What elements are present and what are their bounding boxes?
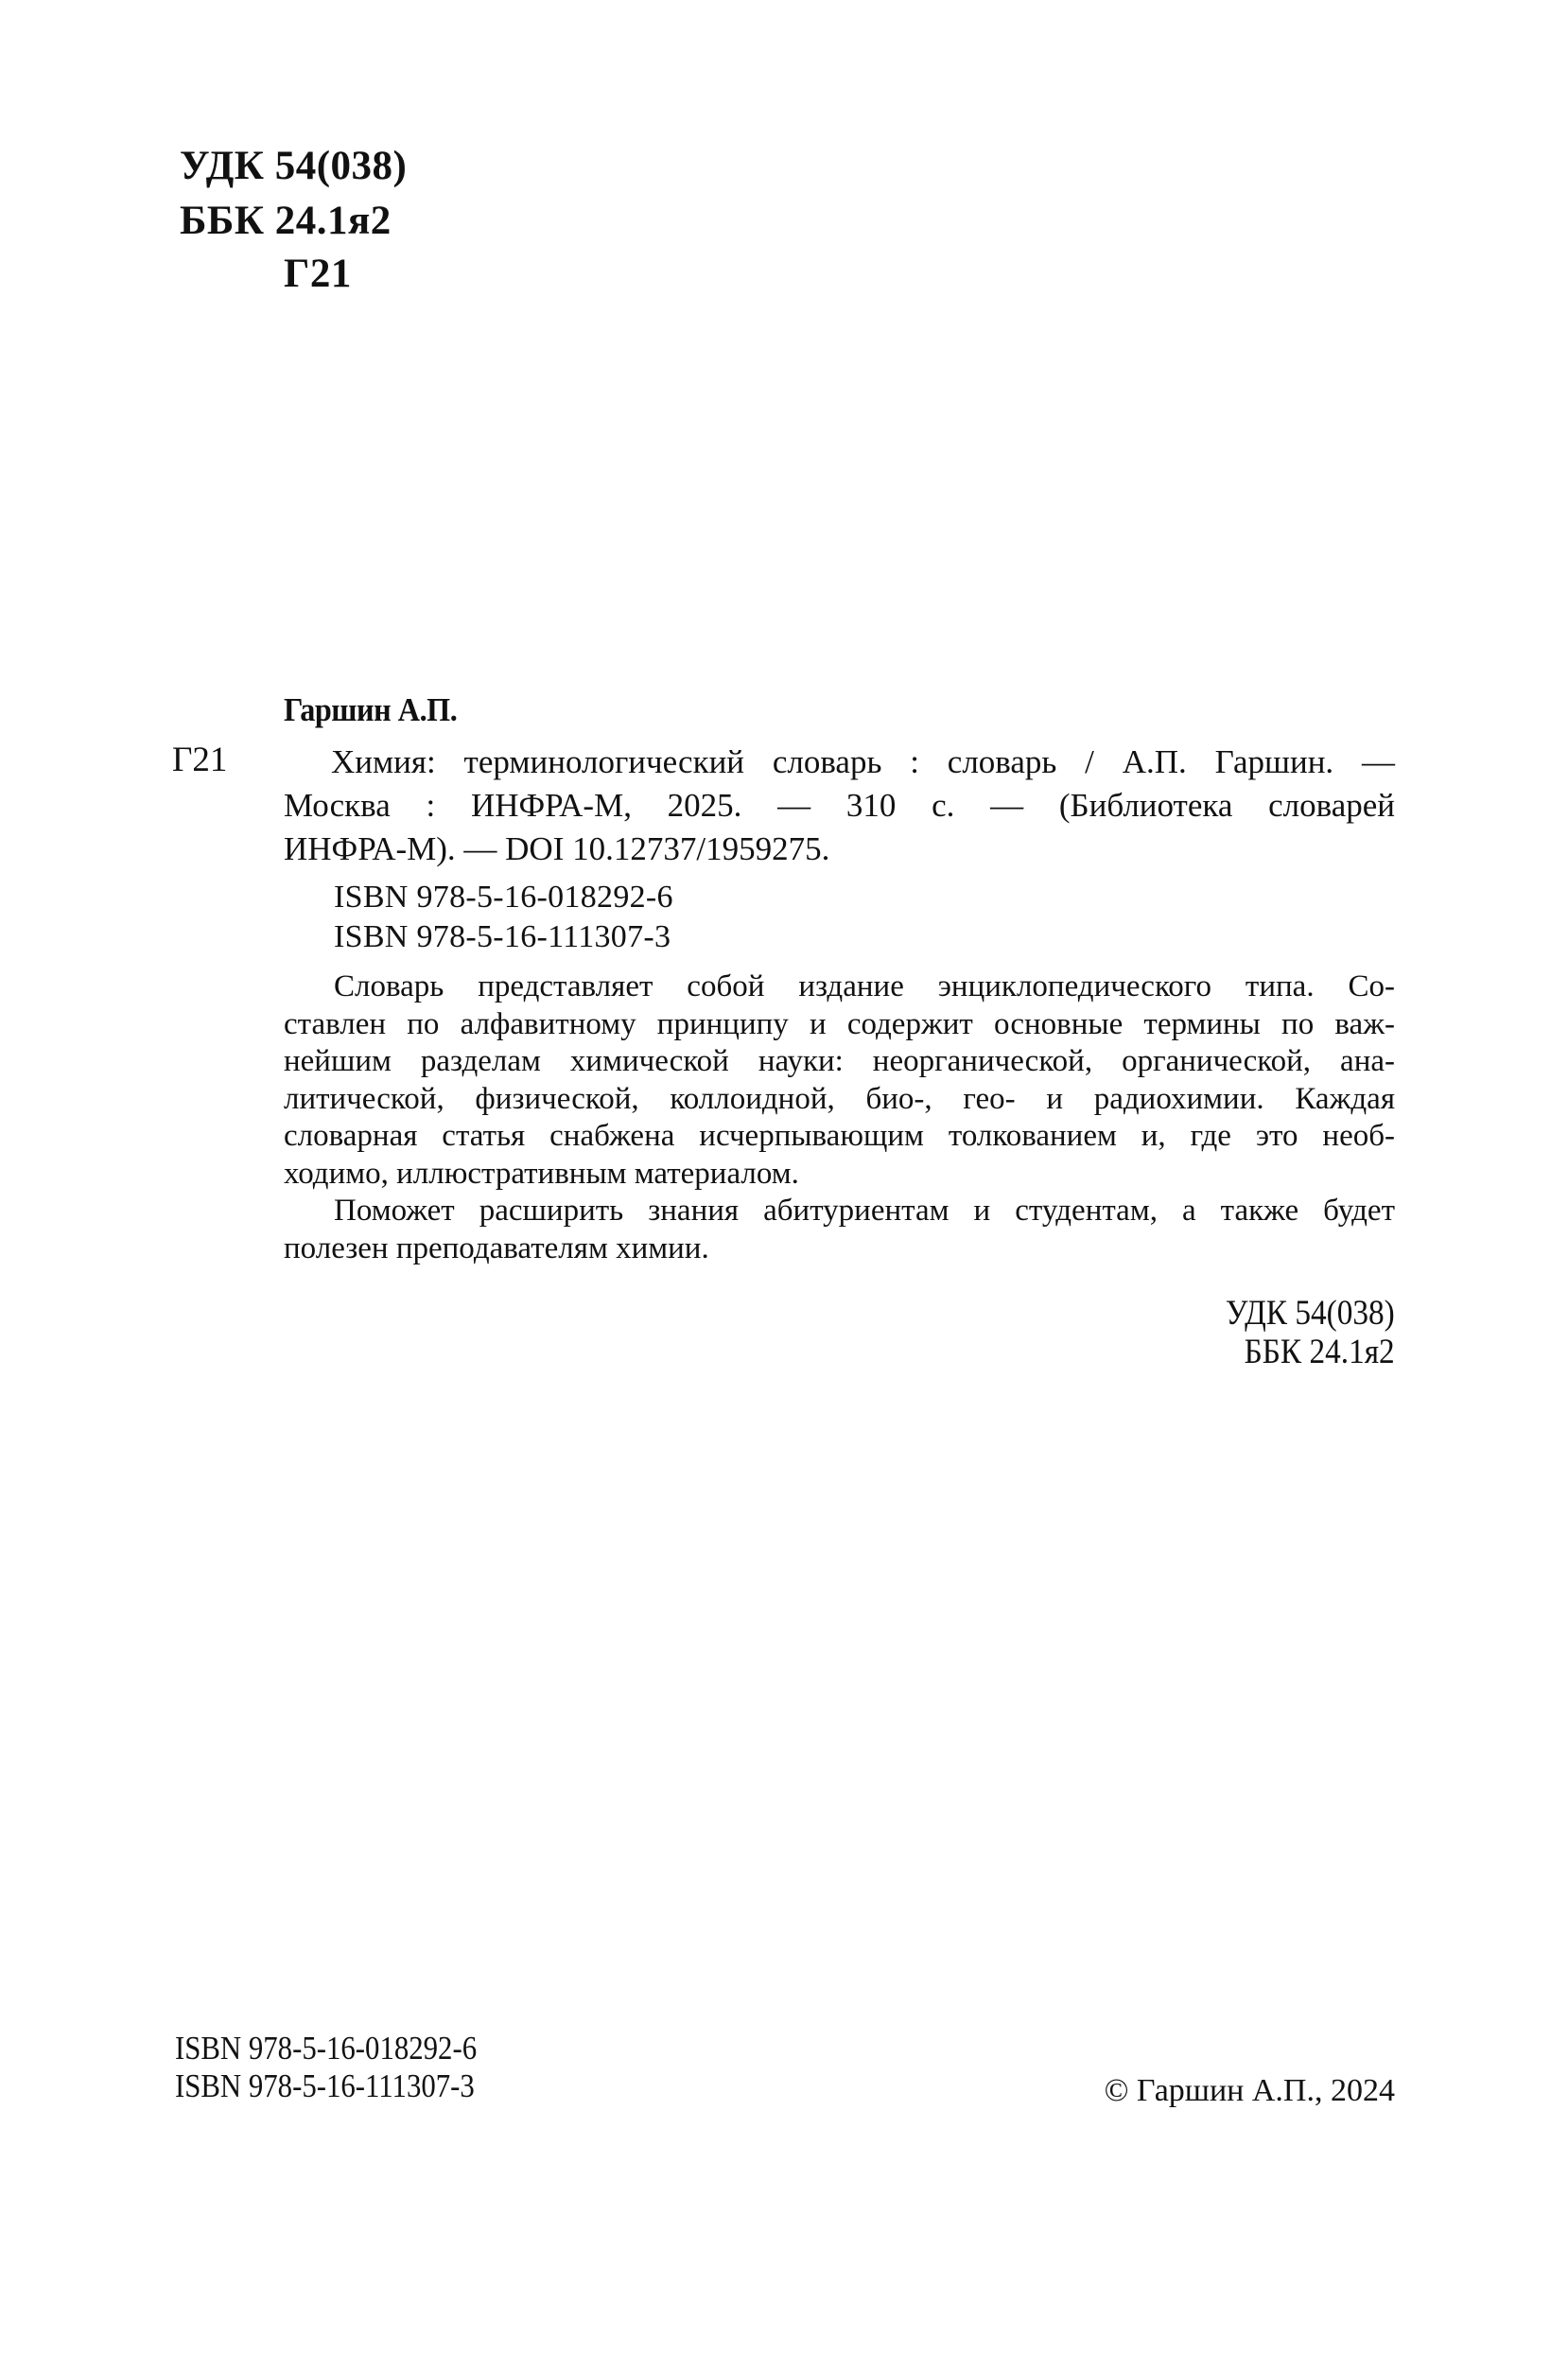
annotation-line: ставлен по алфавитному принципу и содерж… [284, 1006, 1395, 1044]
bibliographic-record: Химия: терминологический словарь : слова… [284, 741, 1395, 871]
udk-code-top: УДК 54(038) [180, 146, 407, 186]
footer-isbn-1: ISBN 978-5-16-018292-6 [175, 2030, 477, 2067]
annotation-line: нейшим разделам химической науки: неорга… [284, 1043, 1395, 1081]
annotation-line: ходимо, иллюстративным материалом. [284, 1156, 1395, 1194]
biblio-line: Химия: терминологический словарь : слова… [284, 741, 1395, 784]
annotation-line: словарная статья снабжена исчерпывающим … [284, 1118, 1395, 1156]
annotation-line: литической, физической, коллоидной, био-… [284, 1081, 1395, 1119]
isbn-1: ISBN 978-5-16-018292-6 [334, 880, 673, 916]
annotation-paragraph-2: Поможет расширить знания абитуриентам и … [284, 1193, 1395, 1267]
isbn-2: ISBN 978-5-16-111307-3 [334, 919, 671, 955]
biblio-line: ИНФРА-М). — DOI 10.12737/1959275. [284, 828, 1395, 871]
annotation-paragraph-1: Словарь представляет собой издание энцик… [284, 968, 1395, 1193]
author-mark-left: Г21 [172, 740, 227, 780]
copyright-notice: © Гаршин А.П., 2024 [1105, 2073, 1395, 2109]
author-heading: Гаршин А.П. [284, 691, 457, 729]
biblio-line: Москва : ИНФРА-М, 2025. — 310 с. — (Библ… [284, 784, 1395, 828]
footer-isbn-2: ISBN 978-5-16-111307-3 [175, 2067, 475, 2105]
udk-code-bottom: УДК 54(038) [1226, 1296, 1395, 1331]
bbk-code-top: ББК 24.1я2 [180, 201, 392, 241]
annotation-line: Словарь представляет собой издание энцик… [284, 968, 1395, 1006]
annotation-line: полезен преподавателям химии. [284, 1230, 1395, 1268]
bbk-code-bottom: ББК 24.1я2 [1245, 1334, 1395, 1369]
author-mark-top: Г21 [284, 253, 352, 294]
annotation-line: Поможет расширить знания абитуриентам и … [284, 1193, 1395, 1230]
